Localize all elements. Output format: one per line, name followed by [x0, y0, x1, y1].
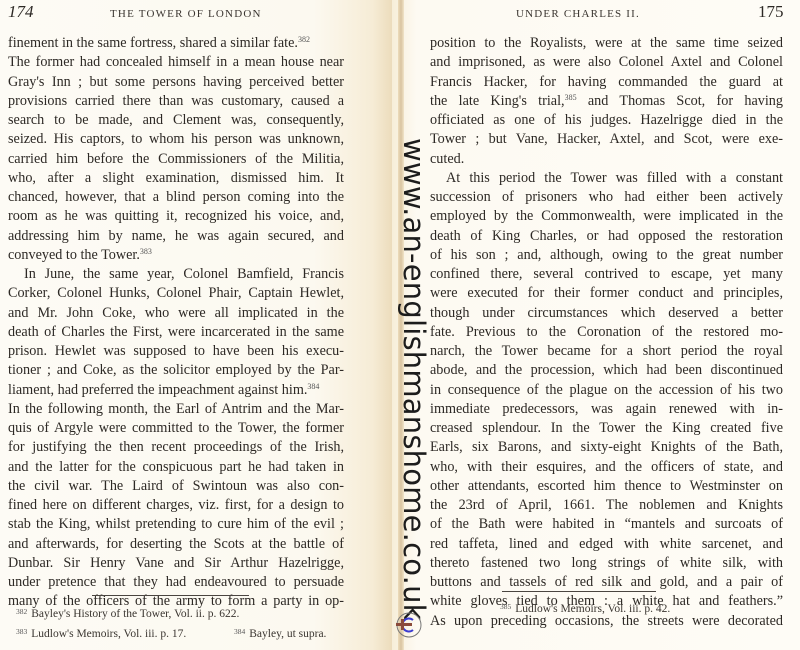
- right-page-body: position to the Royalists, were at the s…: [430, 34, 783, 631]
- text-line: Tower ; but Vane, Hacker, Axtel, and Sco…: [430, 130, 783, 149]
- text-line: confined there, several contrived to esc…: [430, 265, 783, 284]
- text-line: and afterwards, for deserting the Scots …: [8, 535, 344, 554]
- text-line: the 23rd of April, 1661. The noblemen an…: [430, 496, 783, 515]
- text-line: of his son ; and, although, owing to the…: [430, 246, 783, 265]
- text-line: were executed for their former conduct a…: [430, 284, 783, 303]
- text-line: and Mr. John Coke, who were all implicat…: [8, 304, 344, 323]
- text-line: cuted.: [430, 150, 783, 169]
- footnote-reference: 382: [298, 35, 310, 44]
- text-line: quis of Argyle were committed to the Tow…: [8, 419, 344, 438]
- text-line: and the latter for the conspicuous part …: [8, 458, 344, 477]
- text-line: thereto fastened two long strings of whi…: [430, 554, 783, 573]
- page-number-right: 175: [758, 2, 784, 22]
- footnote-rule-left: [92, 595, 249, 596]
- text-line: who, after a slight examination, dismiss…: [8, 169, 344, 188]
- text-line: tioner ; and Coke, as the solicitor empl…: [8, 361, 344, 380]
- text-line: for justifying the then recent proceedin…: [8, 438, 344, 457]
- text-line: room as he was quitting it, recognized h…: [8, 207, 344, 226]
- page-number-left: 174: [8, 2, 34, 22]
- text-line: buttons and tassels of red silk and gold…: [430, 573, 783, 592]
- text-line: of the Bath were habited in “mantels and…: [430, 515, 783, 534]
- running-head-right: UNDER CHARLES II.: [516, 8, 640, 28]
- text-line: The former had concealed himself in a me…: [8, 53, 344, 72]
- text-line: fate. Previous to the Coronation of the …: [430, 323, 783, 342]
- text-line: death of King Charles, or had opposed th…: [430, 227, 783, 246]
- circle-c-logo-icon: [394, 611, 422, 639]
- text-line: Francis Hacker, for having commanded the…: [430, 73, 783, 92]
- footnote-reference: 383: [140, 247, 152, 256]
- text-line: carried him before the Commissioners of …: [8, 150, 344, 169]
- text-line: who, with their esquires, and the office…: [430, 458, 783, 477]
- footnote-reference: 385: [565, 93, 577, 102]
- text-line: In June, the same year, Colonel Bamfield…: [8, 265, 344, 284]
- footnote-383-384: 383Ludlow's Memoirs, Vol. iii. p. 17. 38…: [16, 623, 356, 643]
- footnote-rule-right: [502, 591, 656, 592]
- text-line: the late King's trial,385 and Thomas Sco…: [430, 92, 783, 111]
- text-line: narch, the Tower became for a short peri…: [430, 342, 783, 361]
- text-line: red taffeta, lined and edged with white …: [430, 535, 783, 554]
- footnote-text: Bayley's History of the Tower, Vol. ii. …: [31, 608, 239, 620]
- left-footnotes: 382Bayley's History of the Tower, Vol. i…: [16, 603, 356, 643]
- text-line: provisions carried there than was custom…: [8, 92, 344, 111]
- left-page: 174 THE TOWER OF LONDON finement in the …: [0, 0, 392, 650]
- footnote-text: Ludlow's Memoirs, Vol. iii. p. 42.: [515, 603, 670, 615]
- text-line: position to the Royalists, were at the s…: [430, 34, 783, 53]
- text-line: immediate predecessors, was again renewe…: [430, 400, 783, 419]
- text-line: stab the King, whilst pretending to cure…: [8, 515, 344, 534]
- left-page-body: finement in the same fortress, shared a …: [8, 34, 344, 612]
- footnote-385: 385Ludlow's Memoirs, Vol. iii. p. 42.: [500, 598, 760, 618]
- footnote-text: Ludlow's Memoirs, Vol. iii. p. 17.: [31, 628, 186, 640]
- text-line: though under circumstances which deserve…: [430, 304, 783, 323]
- text-line: At this period the Tower was filled with…: [430, 169, 783, 188]
- text-line: Gray's Inn ; but some persons having per…: [8, 73, 344, 92]
- text-line: creased splendour. In the Tower the King…: [430, 419, 783, 438]
- text-line: and imprisoned, as were also Colonel Axt…: [430, 53, 783, 72]
- text-line: in consequence of the plague on the acce…: [430, 381, 783, 400]
- watermark-url: www.an-englishmanshome.co.uk: [394, 138, 434, 621]
- text-line: fined here on different charges, viz. fi…: [8, 496, 344, 515]
- text-line: seized. His captors, to whom his person …: [8, 130, 344, 149]
- footnote-384: 384Bayley, ut supra.: [234, 623, 326, 643]
- text-line: search to be made, and Clement was, cons…: [8, 111, 344, 130]
- footnote-number: 382: [16, 607, 27, 616]
- text-line: succession of prisoners who had either b…: [430, 188, 783, 207]
- right-footnotes: 385Ludlow's Memoirs, Vol. iii. p. 42.: [500, 598, 760, 618]
- text-line: Earls, six Barons, and sixty-eight Knigh…: [430, 438, 783, 457]
- text-line: abode, and the procession, which had bee…: [430, 361, 783, 380]
- text-line: the civil war. The Laird of Swintoun was…: [8, 477, 344, 496]
- text-line: In the following month, the Earl of Antr…: [8, 400, 344, 419]
- text-line: Dunbar. Sir Henry Vane and Sir Arthur Ha…: [8, 554, 344, 573]
- running-head-left: THE TOWER OF LONDON: [110, 8, 262, 28]
- right-page: UNDER CHARLES II. 175 position to the Ro…: [392, 0, 800, 650]
- text-line: liament, had preferred the impeachment a…: [8, 381, 344, 400]
- text-line: finement in the same fortress, shared a …: [8, 34, 344, 53]
- footnote-number: 383: [16, 627, 27, 636]
- text-line: prison. Hewlet was supposed to have been…: [8, 342, 344, 361]
- footnote-number: 385: [500, 602, 511, 611]
- text-line: under pretence that they had endeavoured…: [8, 573, 344, 592]
- text-line: conveyed to the Tower.383: [8, 246, 344, 265]
- text-line: chanced, however, that a blind person co…: [8, 188, 344, 207]
- text-line: death of Charles the First, were incarce…: [8, 323, 344, 342]
- text-line: Corker, Colonel Hunks, Colonel Phair, Ca…: [8, 284, 344, 303]
- footnote-number: 384: [234, 627, 245, 636]
- text-line: addressing him by name, he was again sec…: [8, 227, 344, 246]
- text-line: employed by the Commonwealth, were impli…: [430, 207, 783, 226]
- text-line: officiated as one of his judges. Hazelri…: [430, 111, 783, 130]
- footnote-reference: 384: [307, 382, 319, 391]
- footnote-text: Bayley, ut supra.: [249, 628, 326, 640]
- footnote-382: 382Bayley's History of the Tower, Vol. i…: [16, 603, 356, 623]
- text-line: other attendants, escorted him thence to…: [430, 477, 783, 496]
